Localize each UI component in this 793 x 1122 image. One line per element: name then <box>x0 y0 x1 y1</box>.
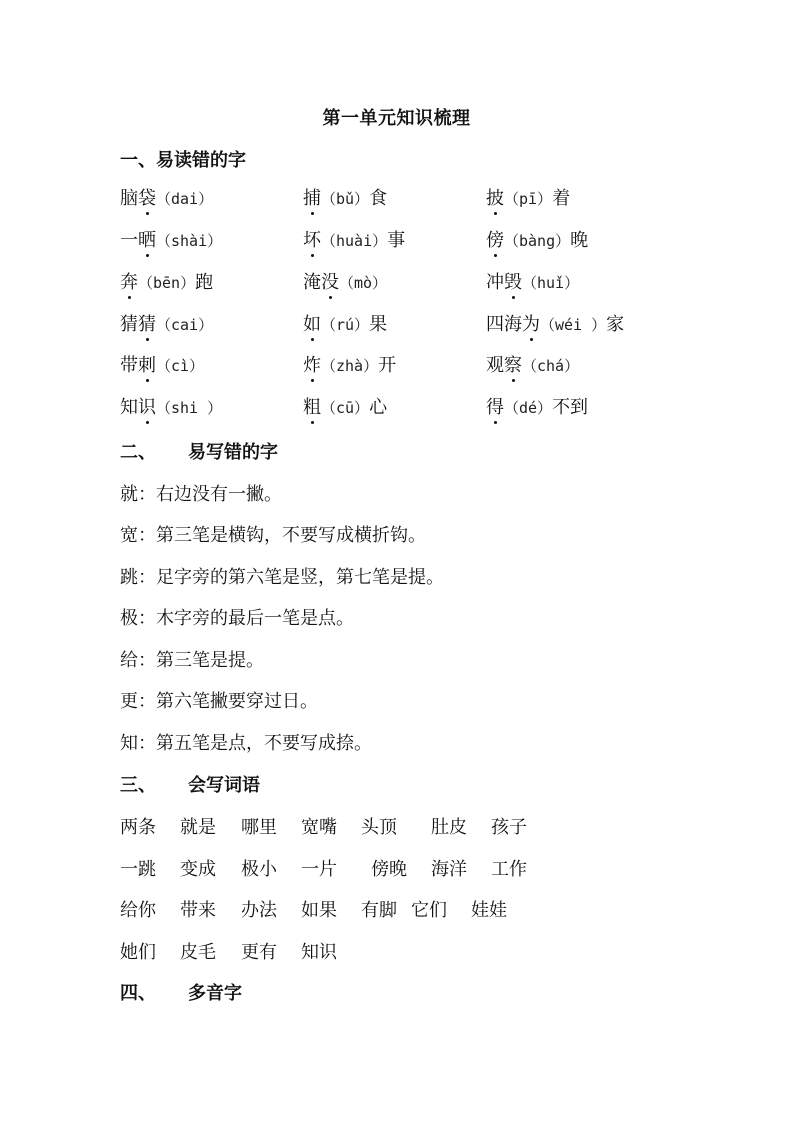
vocabulary-word: 傍晚 <box>371 855 407 881</box>
pinyin: （cū） <box>321 399 369 417</box>
pinyin: （dé） <box>504 399 552 417</box>
pinyin-entry: 披（pī）着 <box>486 184 570 210</box>
word-prefix: 冲 <box>486 272 504 293</box>
marked-character: 刺 <box>138 351 156 377</box>
page-title: 第一单元知识梳理 <box>0 104 793 130</box>
vocabulary-word: 变成 <box>180 855 216 881</box>
vocabulary-word: 一片 <box>301 855 337 881</box>
word-suffix: 食 <box>369 188 387 209</box>
section-heading-misread: 一、易读错的字 <box>120 146 246 172</box>
pinyin-entry: 坏（huài）事 <box>303 226 405 252</box>
marked-character: 坏 <box>303 226 321 252</box>
pinyin-entry: 一晒（shài） <box>120 226 222 252</box>
section-label: 会写词语 <box>188 775 260 796</box>
word-suffix: 着 <box>552 188 570 209</box>
pinyin-entry: 奔（bēn）跑 <box>120 268 213 294</box>
vocabulary-word: 就是 <box>180 813 216 839</box>
vocabulary-word: 哪里 <box>241 813 277 839</box>
pinyin: （cì） <box>156 357 204 375</box>
pinyin: （shài） <box>156 232 222 250</box>
word-prefix: 淹 <box>303 272 321 293</box>
section-number: 三、 <box>120 775 156 796</box>
vocabulary-word: 它们 <box>411 896 447 922</box>
vocabulary-word: 办法 <box>241 896 277 922</box>
pinyin: （huài） <box>321 232 387 250</box>
vocabulary-word: 极小 <box>241 855 277 881</box>
marked-character: 如 <box>303 310 321 336</box>
pinyin: （rú） <box>321 316 369 334</box>
pinyin-entry: 粗（cū）心 <box>303 393 387 419</box>
vocabulary-word: 知识 <box>301 938 337 964</box>
note-item: 宽：第三笔是横钩，不要写成横折钩。 <box>120 521 426 547</box>
word-prefix: 带 <box>120 355 138 376</box>
marked-character: 奔 <box>120 268 138 294</box>
pinyin: （bēn） <box>138 274 195 292</box>
note-item: 给：第三笔是提。 <box>120 646 264 672</box>
pinyin: （cai） <box>156 316 213 334</box>
marked-character: 得 <box>486 393 504 419</box>
note-item: 极：木字旁的最后一笔是点。 <box>120 604 354 630</box>
vocabulary-word: 两条 <box>120 813 156 839</box>
pinyin: （wéi ） <box>540 316 606 334</box>
pinyin: （bàng） <box>504 232 570 250</box>
document-page: 第一单元知识梳理 一、易读错的字 脑袋（dai）捕（bǔ）食披（pī）着一晒（s… <box>0 0 793 1122</box>
pinyin: （huǐ） <box>522 274 579 292</box>
marked-character: 毁 <box>504 268 522 294</box>
marked-character: 傍 <box>486 226 504 252</box>
vocabulary-word: 娃娃 <box>471 896 507 922</box>
pinyin: （mò） <box>339 274 387 292</box>
vocabulary-word: 宽嘴 <box>301 813 337 839</box>
marked-character: 没 <box>321 268 339 294</box>
word-suffix: 不到 <box>552 397 588 418</box>
pinyin-entry: 炸（zhà）开 <box>303 351 396 377</box>
section-label: 易读错的字 <box>156 150 246 171</box>
marked-character: 为 <box>522 310 540 336</box>
vocabulary-word: 肚皮 <box>431 813 467 839</box>
section-heading-vocabulary: 三、会写词语 <box>120 771 260 797</box>
word-suffix: 家 <box>606 314 624 335</box>
note-item: 跳：足字旁的第六笔是竖，第七笔是提。 <box>120 563 444 589</box>
pinyin: （bǔ） <box>321 190 369 208</box>
pinyin: （zhà） <box>321 357 378 375</box>
note-item: 更：第六笔撇要穿过日。 <box>120 687 318 713</box>
marked-character: 捕 <box>303 184 321 210</box>
pinyin: （pī） <box>504 190 552 208</box>
word-suffix: 事 <box>387 230 405 251</box>
pinyin-entry: 得（dé）不到 <box>486 393 588 419</box>
word-prefix: 猜 <box>120 314 138 335</box>
word-suffix: 心 <box>369 397 387 418</box>
section-number: 四、 <box>120 983 156 1004</box>
marked-character: 晒 <box>138 226 156 252</box>
vocabulary-word: 海洋 <box>431 855 467 881</box>
pinyin: （chá） <box>522 357 579 375</box>
pinyin: （shi ） <box>156 399 222 417</box>
section-label: 易写错的字 <box>188 442 278 463</box>
vocabulary-word: 皮毛 <box>180 938 216 964</box>
vocabulary-word: 给你 <box>120 896 156 922</box>
section-heading-miswritten: 二、易写错的字 <box>120 438 278 464</box>
note-item: 知：第五笔是点，不要写成捺。 <box>120 729 372 755</box>
vocabulary-word: 头顶 <box>361 813 397 839</box>
vocabulary-word: 工作 <box>491 855 527 881</box>
word-suffix: 晚 <box>570 230 588 251</box>
word-prefix: 脑 <box>120 188 138 209</box>
pinyin-entry: 如（rú）果 <box>303 310 387 336</box>
vocabulary-word: 带来 <box>180 896 216 922</box>
vocabulary-word: 更有 <box>241 938 277 964</box>
word-prefix: 四海 <box>486 314 522 335</box>
vocabulary-word: 她们 <box>120 938 156 964</box>
pinyin-entry: 淹没（mò） <box>303 268 387 294</box>
word-prefix: 观 <box>486 355 504 376</box>
section-heading-polyphones: 四、多音字 <box>120 979 242 1005</box>
pinyin-entry: 捕（bǔ）食 <box>303 184 387 210</box>
pinyin-entry: 傍（bàng）晚 <box>486 226 588 252</box>
section-label: 多音字 <box>188 983 242 1004</box>
pinyin-entry: 观察（chá） <box>486 351 579 377</box>
marked-character: 粗 <box>303 393 321 419</box>
section-number: 一、 <box>120 150 156 171</box>
pinyin-entry: 脑袋（dai） <box>120 184 213 210</box>
vocabulary-word: 如果 <box>301 896 337 922</box>
section-number: 二、 <box>120 442 156 463</box>
marked-character: 猜 <box>138 310 156 336</box>
pinyin-entry: 冲毁（huǐ） <box>486 268 579 294</box>
word-prefix: 一 <box>120 230 138 251</box>
word-suffix: 果 <box>369 314 387 335</box>
pinyin-entry: 带刺（cì） <box>120 351 204 377</box>
pinyin-entry: 知识（shi ） <box>120 393 222 419</box>
word-suffix: 开 <box>378 355 396 376</box>
vocabulary-word: 孩子 <box>491 813 527 839</box>
pinyin-entry: 猜猜（cai） <box>120 310 213 336</box>
marked-character: 披 <box>486 184 504 210</box>
vocabulary-word: 一跳 <box>120 855 156 881</box>
pinyin: （dai） <box>156 190 213 208</box>
marked-character: 察 <box>504 351 522 377</box>
marked-character: 炸 <box>303 351 321 377</box>
word-prefix: 知 <box>120 397 138 418</box>
word-suffix: 跑 <box>195 272 213 293</box>
vocabulary-word: 有脚 <box>361 896 397 922</box>
pinyin-entry: 四海为（wéi ）家 <box>486 310 624 336</box>
marked-character: 识 <box>138 393 156 419</box>
marked-character: 袋 <box>138 184 156 210</box>
note-item: 就：右边没有一撇。 <box>120 480 282 506</box>
